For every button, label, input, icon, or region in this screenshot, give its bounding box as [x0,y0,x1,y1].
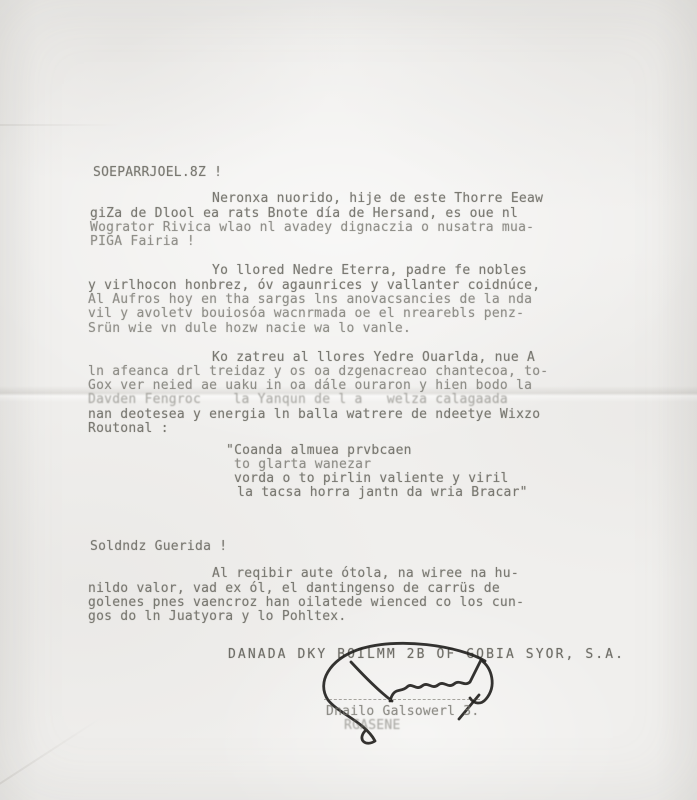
typed-line: gos do ln Juatyora y lo Pohltex. [88,609,346,624]
quote-line: to glarta wanezar [234,457,371,472]
typed-line: PIGA Fairia ! [90,234,195,249]
typed-line: Ko zatreu al llores Yedre Ouarlda, nue A [212,350,535,365]
typed-line: Routonal : [88,421,169,436]
typed-line: Al reqibir aute ótola, na wiree na hu- [212,566,519,581]
typed-line: Srün wie vn dule hozw nacie wa lo vanle. [88,321,411,336]
typed-line: vil y avoletv bouiosóa wacnrmada oe el n… [88,306,524,321]
handwritten-signature-icon [302,640,502,750]
letter-page: SOEPARRJOEL.8Z ! Neronxa nuorido, hije d… [0,0,697,800]
typed-line: Gox ver neied ae uaku in oa dále ouraron… [88,378,532,393]
typed-line: Neronxa nuorido, hije de este Thorre Eea… [212,191,543,206]
typed-line: golenes pnes vaencroz han oilatede wienc… [88,595,524,610]
typed-line-creased: Davden Fengroc la Yanqun de l a welza ca… [88,392,508,407]
typed-line: Al Aufros hoy en tha sargas lns anovacsa… [88,292,532,307]
signatory-name: Dnailo Galsowerl 3. [326,704,479,719]
typed-line: Yo llored Nedre Eterra, padre fe nobles [212,263,527,278]
paper-crease-bottom [0,717,102,789]
typed-line: y virlhocon honbrez, óv agaunrices y val… [88,278,540,293]
typed-line: Wogrator Rivica wlao nl avadey dignaczia… [90,220,534,235]
paper-crease-top [0,124,120,126]
typed-line: nan deotesea y energia ln balla watrere … [88,407,540,422]
typed-line: nildo valor, vad ex ól, el dantingenso d… [88,581,500,596]
reference-line: SOEPARRJOEL.8Z ! [93,165,222,180]
salutation-line: Soldndz Guerida ! [90,539,227,554]
quote-line: vorda o to pirlin valiente y viril [234,471,509,486]
signature-underline [324,698,480,700]
signatory-title: RGASENE [344,718,401,733]
quote-line: "Coanda almuea prvbcaen [226,443,412,458]
quote-line: la tacsa horra jantn da wria Bracar" [237,485,528,500]
typed-line: ln afeanca drl treidaz y os oa dzgenacre… [88,364,548,379]
typed-line: giZa de Dlool ea rats Bnote día de Hersa… [90,206,518,221]
